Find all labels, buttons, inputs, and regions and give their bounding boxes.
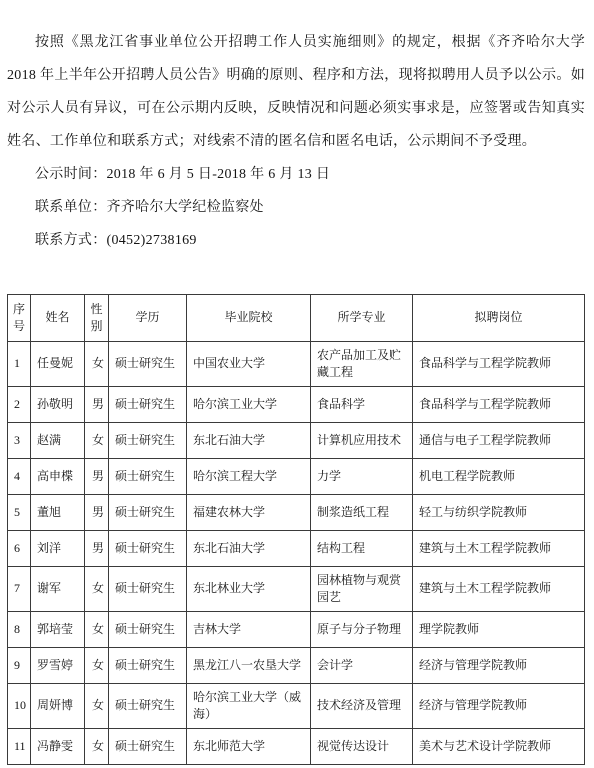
- table-cell-num: 5: [8, 495, 31, 531]
- contact-unit-line: 联系单位：齐齐哈尔大学纪检监察处: [7, 191, 585, 224]
- table-cell-major: 原子与分子物理: [311, 612, 413, 648]
- table-cell-post: 轻工与纺织学院教师: [413, 495, 585, 531]
- table-cell-major: 结构工程: [311, 531, 413, 567]
- header-major: 所学专业: [311, 295, 413, 342]
- table-cell-sex: 女: [85, 423, 109, 459]
- table-cell-post: 食品科学与工程学院教师: [413, 342, 585, 387]
- table-cell-post: 通信与电子工程学院教师: [413, 423, 585, 459]
- table-cell-major: 农产品加工及贮藏工程: [311, 342, 413, 387]
- table-row: 3赵满女硕士研究生东北石油大学计算机应用技术通信与电子工程学院教师: [8, 423, 585, 459]
- table-cell-num: 1: [8, 342, 31, 387]
- table-cell-edu: 硕士研究生: [109, 387, 187, 423]
- table-cell-edu: 硕士研究生: [109, 648, 187, 684]
- table-cell-edu: 硕士研究生: [109, 495, 187, 531]
- table-cell-name: 周妍博: [31, 684, 85, 729]
- table-cell-major: 食品科学: [311, 387, 413, 423]
- table-cell-school: 中国农业大学: [187, 342, 311, 387]
- table-cell-sex: 女: [85, 612, 109, 648]
- table-cell-major: 视觉传达设计: [311, 729, 413, 765]
- table-cell-school: 东北林业大学: [187, 567, 311, 612]
- contact-unit-label: 联系单位：: [35, 200, 107, 215]
- contact-phone-line: 联系方式：(0452)2738169: [7, 224, 585, 257]
- table-cell-name: 赵满: [31, 423, 85, 459]
- contact-phone-value: (0452)2738169: [107, 233, 197, 248]
- header-gender: 性别: [85, 295, 109, 342]
- table-cell-num: 7: [8, 567, 31, 612]
- table-cell-num: 10: [8, 684, 31, 729]
- table-cell-edu: 硕士研究生: [109, 567, 187, 612]
- table-body: 1任曼妮女硕士研究生中国农业大学农产品加工及贮藏工程食品科学与工程学院教师2孙敬…: [8, 342, 585, 765]
- table-cell-school: 东北石油大学: [187, 423, 311, 459]
- document-page: 按照《黑龙江省事业单位公开招聘工作人员实施细则》的规定，根据《齐齐哈尔大学 20…: [0, 0, 594, 768]
- publicity-period-line: 公示时间：2018 年 6 月 5 日-2018 年 6 月 13 日: [7, 158, 585, 191]
- table-cell-sex: 男: [85, 459, 109, 495]
- table-cell-edu: 硕士研究生: [109, 612, 187, 648]
- table-cell-num: 8: [8, 612, 31, 648]
- table-cell-major: 力学: [311, 459, 413, 495]
- table-cell-school: 哈尔滨工业大学（威海）: [187, 684, 311, 729]
- table-cell-edu: 硕士研究生: [109, 423, 187, 459]
- table-row: 7谢军女硕士研究生东北林业大学园林植物与观赏园艺建筑与土木工程学院教师: [8, 567, 585, 612]
- table-cell-major: 技术经济及管理: [311, 684, 413, 729]
- table-cell-num: 6: [8, 531, 31, 567]
- table-cell-num: 4: [8, 459, 31, 495]
- table-cell-school: 东北师范大学: [187, 729, 311, 765]
- recruitment-table: 序号 姓名 性别 学历 毕业院校 所学专业 拟聘岗位 1任曼妮女硕士研究生中国农…: [7, 294, 585, 765]
- table-cell-sex: 男: [85, 531, 109, 567]
- table-cell-num: 11: [8, 729, 31, 765]
- table-row: 8郭培莹女硕士研究生吉林大学原子与分子物理理学院教师: [8, 612, 585, 648]
- table-cell-sex: 女: [85, 648, 109, 684]
- table-row: 5董旭男硕士研究生福建农林大学制浆造纸工程轻工与纺织学院教师: [8, 495, 585, 531]
- table-cell-post: 美术与艺术设计学院教师: [413, 729, 585, 765]
- table-cell-name: 董旭: [31, 495, 85, 531]
- table-row: 4高申楪男硕士研究生哈尔滨工程大学力学机电工程学院教师: [8, 459, 585, 495]
- intro-paragraph: 按照《黑龙江省事业单位公开招聘工作人员实施细则》的规定，根据《齐齐哈尔大学 20…: [7, 26, 585, 158]
- publicity-period-label: 公示时间：: [35, 167, 107, 182]
- header-education: 学历: [109, 295, 187, 342]
- table-row: 6刘洋男硕士研究生东北石油大学结构工程建筑与土木工程学院教师: [8, 531, 585, 567]
- table-cell-edu: 硕士研究生: [109, 342, 187, 387]
- table-cell-name: 谢军: [31, 567, 85, 612]
- table-cell-school: 哈尔滨工程大学: [187, 459, 311, 495]
- table-cell-num: 3: [8, 423, 31, 459]
- table-cell-post: 理学院教师: [413, 612, 585, 648]
- table-cell-school: 东北石油大学: [187, 531, 311, 567]
- table-cell-name: 孙敬明: [31, 387, 85, 423]
- table-cell-post: 经济与管理学院教师: [413, 648, 585, 684]
- table-cell-school: 黑龙江八一农垦大学: [187, 648, 311, 684]
- table-cell-post: 食品科学与工程学院教师: [413, 387, 585, 423]
- table-cell-name: 刘洋: [31, 531, 85, 567]
- table-cell-num: 9: [8, 648, 31, 684]
- header-position: 拟聘岗位: [413, 295, 585, 342]
- table-cell-major: 计算机应用技术: [311, 423, 413, 459]
- table-cell-name: 冯静雯: [31, 729, 85, 765]
- table-cell-sex: 男: [85, 387, 109, 423]
- header-university: 毕业院校: [187, 295, 311, 342]
- table-cell-school: 哈尔滨工业大学: [187, 387, 311, 423]
- header-name: 姓名: [31, 295, 85, 342]
- table-cell-major: 会计学: [311, 648, 413, 684]
- publicity-period-value: 2018 年 6 月 5 日-2018 年 6 月 13 日: [107, 167, 331, 182]
- table-cell-name: 高申楪: [31, 459, 85, 495]
- table-cell-post: 建筑与土木工程学院教师: [413, 567, 585, 612]
- table-cell-sex: 女: [85, 684, 109, 729]
- contact-phone-label: 联系方式：: [35, 233, 107, 248]
- table-row: 11冯静雯女硕士研究生东北师范大学视觉传达设计美术与艺术设计学院教师: [8, 729, 585, 765]
- table-cell-post: 建筑与土木工程学院教师: [413, 531, 585, 567]
- table-cell-edu: 硕士研究生: [109, 531, 187, 567]
- table-cell-num: 2: [8, 387, 31, 423]
- table-cell-sex: 女: [85, 729, 109, 765]
- table-row: 1任曼妮女硕士研究生中国农业大学农产品加工及贮藏工程食品科学与工程学院教师: [8, 342, 585, 387]
- table-cell-edu: 硕士研究生: [109, 459, 187, 495]
- table-cell-name: 郭培莹: [31, 612, 85, 648]
- table-cell-edu: 硕士研究生: [109, 729, 187, 765]
- table-cell-sex: 女: [85, 567, 109, 612]
- table-row: 2孙敬明男硕士研究生哈尔滨工业大学食品科学食品科学与工程学院教师: [8, 387, 585, 423]
- table-cell-post: 经济与管理学院教师: [413, 684, 585, 729]
- header-serial: 序号: [8, 295, 31, 342]
- table-cell-post: 机电工程学院教师: [413, 459, 585, 495]
- table-cell-major: 园林植物与观赏园艺: [311, 567, 413, 612]
- table-row: 9罗雪婷女硕士研究生黑龙江八一农垦大学会计学经济与管理学院教师: [8, 648, 585, 684]
- table-cell-school: 福建农林大学: [187, 495, 311, 531]
- contact-unit-value: 齐齐哈尔大学纪检监察处: [107, 200, 264, 215]
- table-cell-sex: 男: [85, 495, 109, 531]
- table-cell-school: 吉林大学: [187, 612, 311, 648]
- table-cell-name: 罗雪婷: [31, 648, 85, 684]
- table-header-row: 序号 姓名 性别 学历 毕业院校 所学专业 拟聘岗位: [8, 295, 585, 342]
- table-cell-major: 制浆造纸工程: [311, 495, 413, 531]
- table-cell-name: 任曼妮: [31, 342, 85, 387]
- table-cell-edu: 硕士研究生: [109, 684, 187, 729]
- table-cell-sex: 女: [85, 342, 109, 387]
- table-row: 10周妍博女硕士研究生哈尔滨工业大学（威海）技术经济及管理经济与管理学院教师: [8, 684, 585, 729]
